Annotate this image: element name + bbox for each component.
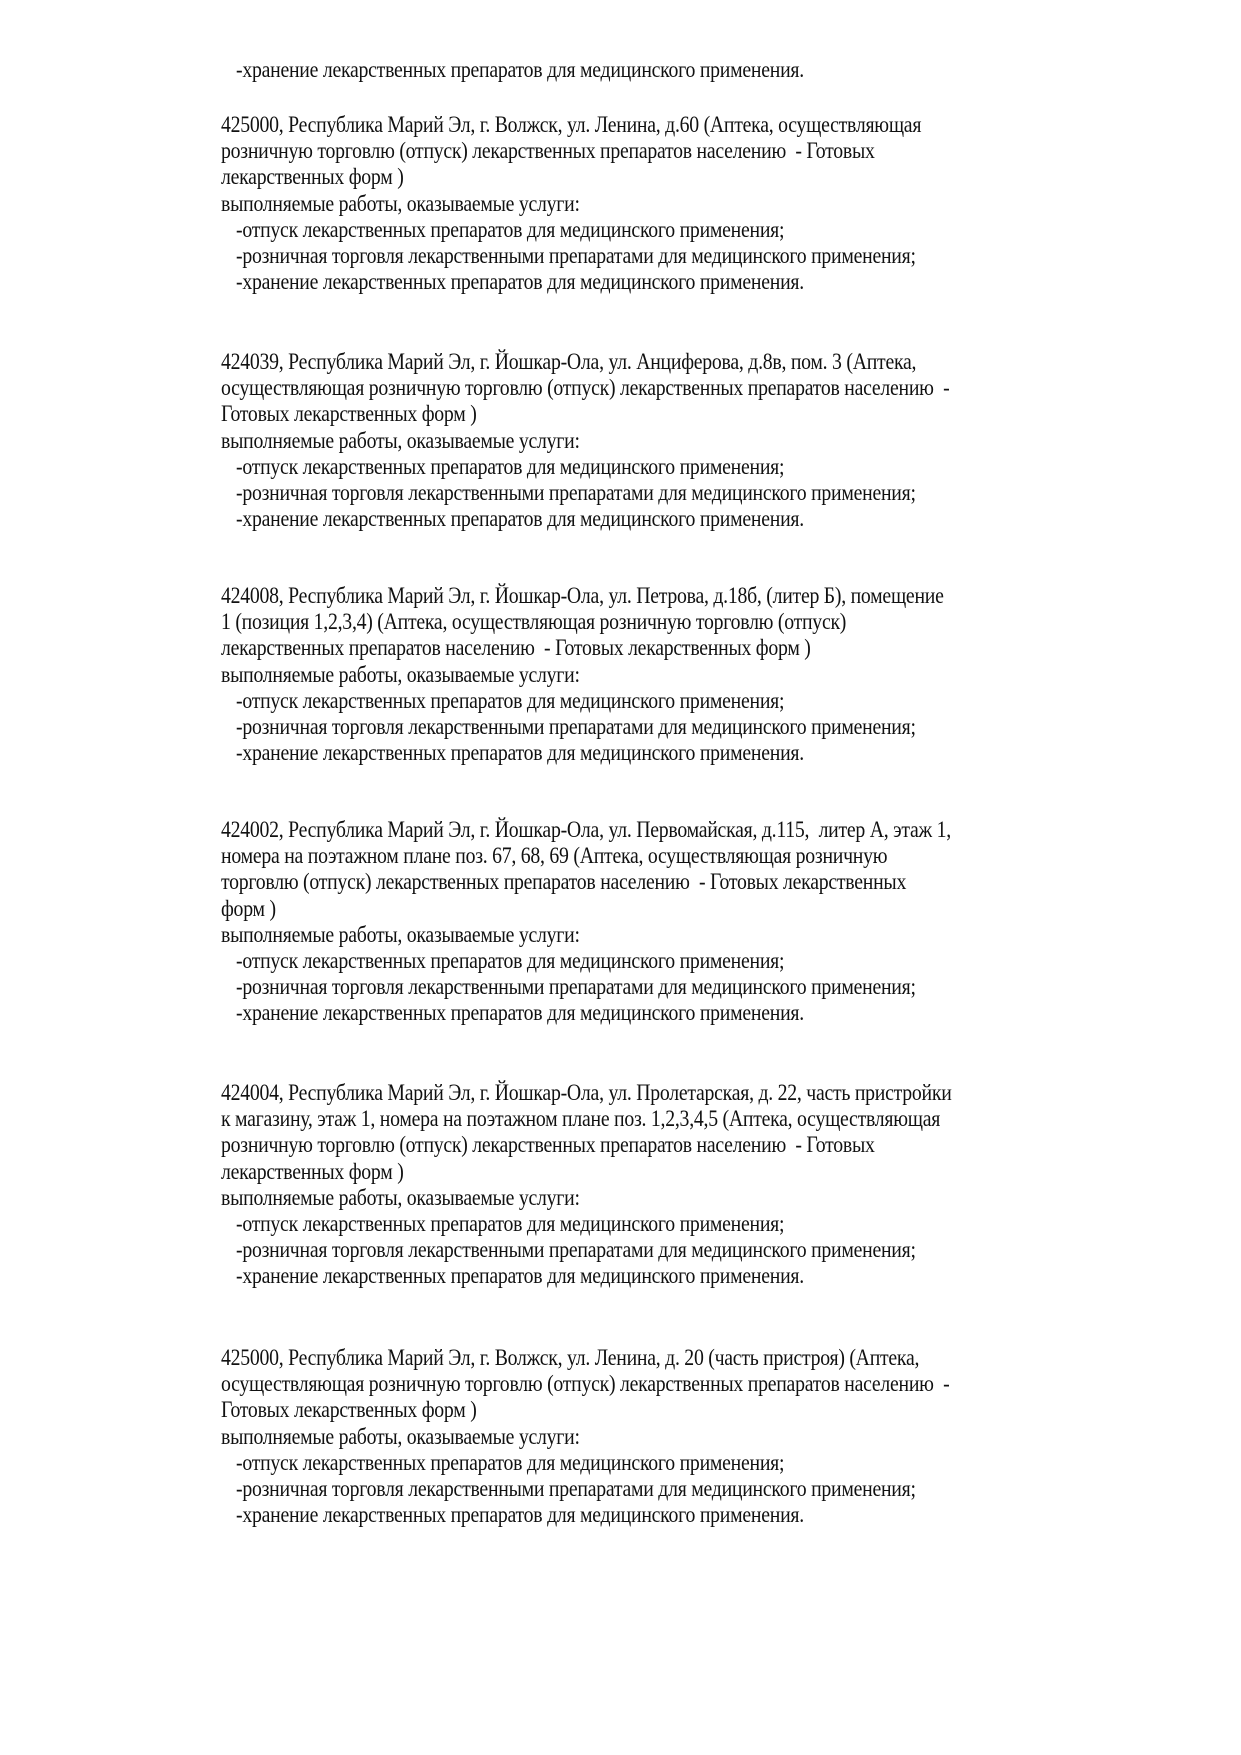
document-page: -хранение лекарственных препаратов для м… bbox=[0, 0, 1241, 1755]
service-item: -розничная торговля лекарственными препа… bbox=[236, 480, 916, 505]
service-item: -розничная торговля лекарственными препа… bbox=[236, 1237, 916, 1262]
service-item: -розничная торговля лекарственными препа… bbox=[236, 1476, 916, 1501]
services-heading: выполняемые работы, оказываемые услуги: bbox=[221, 662, 580, 687]
entry-address: форм ) bbox=[221, 896, 276, 921]
entry-address: Готовых лекарственных форм ) bbox=[221, 1397, 477, 1422]
service-item: -розничная торговля лекарственными препа… bbox=[236, 243, 916, 268]
service-item: -отпуск лекарственных препаратов для мед… bbox=[236, 217, 784, 242]
service-item: -хранение лекарственных препаратов для м… bbox=[236, 57, 804, 82]
entry-address: 424002, Республика Марий Эл, г. Йошкар-О… bbox=[221, 817, 951, 842]
entry-address: номера на поэтажном плане поз. 67, 68, 6… bbox=[221, 843, 887, 868]
entry-address: 424008, Республика Марий Эл, г. Йошкар-О… bbox=[221, 583, 944, 608]
service-item: -хранение лекарственных препаратов для м… bbox=[236, 506, 804, 531]
service-item: -хранение лекарственных препаратов для м… bbox=[236, 1263, 804, 1288]
entry-address: розничную торговлю (отпуск) лекарственны… bbox=[221, 1132, 875, 1157]
entry-address: 425000, Республика Марий Эл, г. Волжск, … bbox=[221, 112, 921, 137]
entry-address: осуществляющая розничную торговлю (отпус… bbox=[221, 375, 949, 400]
services-heading: выполняемые работы, оказываемые услуги: bbox=[221, 1185, 580, 1210]
service-item: -отпуск лекарственных препаратов для мед… bbox=[236, 1211, 784, 1236]
service-item: -хранение лекарственных препаратов для м… bbox=[236, 740, 804, 765]
entry-address: 1 (позиция 1,2,3,4) (Аптека, осуществляю… bbox=[221, 609, 846, 634]
service-item: -отпуск лекарственных препаратов для мед… bbox=[236, 454, 784, 479]
entry-address: лекарственных форм ) bbox=[221, 164, 404, 189]
entry-address: к магазину, этаж 1, номера на поэтажном … bbox=[221, 1106, 940, 1131]
entry-address: торговлю (отпуск) лекарственных препарат… bbox=[221, 869, 906, 894]
services-heading: выполняемые работы, оказываемые услуги: bbox=[221, 428, 580, 453]
entry-address: лекарственных форм ) bbox=[221, 1159, 404, 1184]
entry-address: розничную торговлю (отпуск) лекарственны… bbox=[221, 138, 875, 163]
entry-address: лекарственных препаратов населению - Гот… bbox=[221, 635, 811, 660]
entry-address: Готовых лекарственных форм ) bbox=[221, 401, 477, 426]
services-heading: выполняемые работы, оказываемые услуги: bbox=[221, 922, 580, 947]
service-item: -розничная торговля лекарственными препа… bbox=[236, 974, 916, 999]
entry-address: 424039, Республика Марий Эл, г. Йошкар-О… bbox=[221, 349, 916, 374]
service-item: -розничная торговля лекарственными препа… bbox=[236, 714, 916, 739]
service-item: -хранение лекарственных препаратов для м… bbox=[236, 1502, 804, 1527]
services-heading: выполняемые работы, оказываемые услуги: bbox=[221, 1424, 580, 1449]
entry-address: 425000, Республика Марий Эл, г. Волжск, … bbox=[221, 1345, 919, 1370]
entry-address: 424004, Республика Марий Эл, г. Йошкар-О… bbox=[221, 1080, 952, 1105]
service-item: -отпуск лекарственных препаратов для мед… bbox=[236, 688, 784, 713]
service-item: -хранение лекарственных препаратов для м… bbox=[236, 1000, 804, 1025]
service-item: -отпуск лекарственных препаратов для мед… bbox=[236, 1450, 784, 1475]
service-item: -хранение лекарственных препаратов для м… bbox=[236, 269, 804, 294]
services-heading: выполняемые работы, оказываемые услуги: bbox=[221, 191, 580, 216]
entry-address: осуществляющая розничную торговлю (отпус… bbox=[221, 1371, 949, 1396]
service-item: -отпуск лекарственных препаратов для мед… bbox=[236, 948, 784, 973]
